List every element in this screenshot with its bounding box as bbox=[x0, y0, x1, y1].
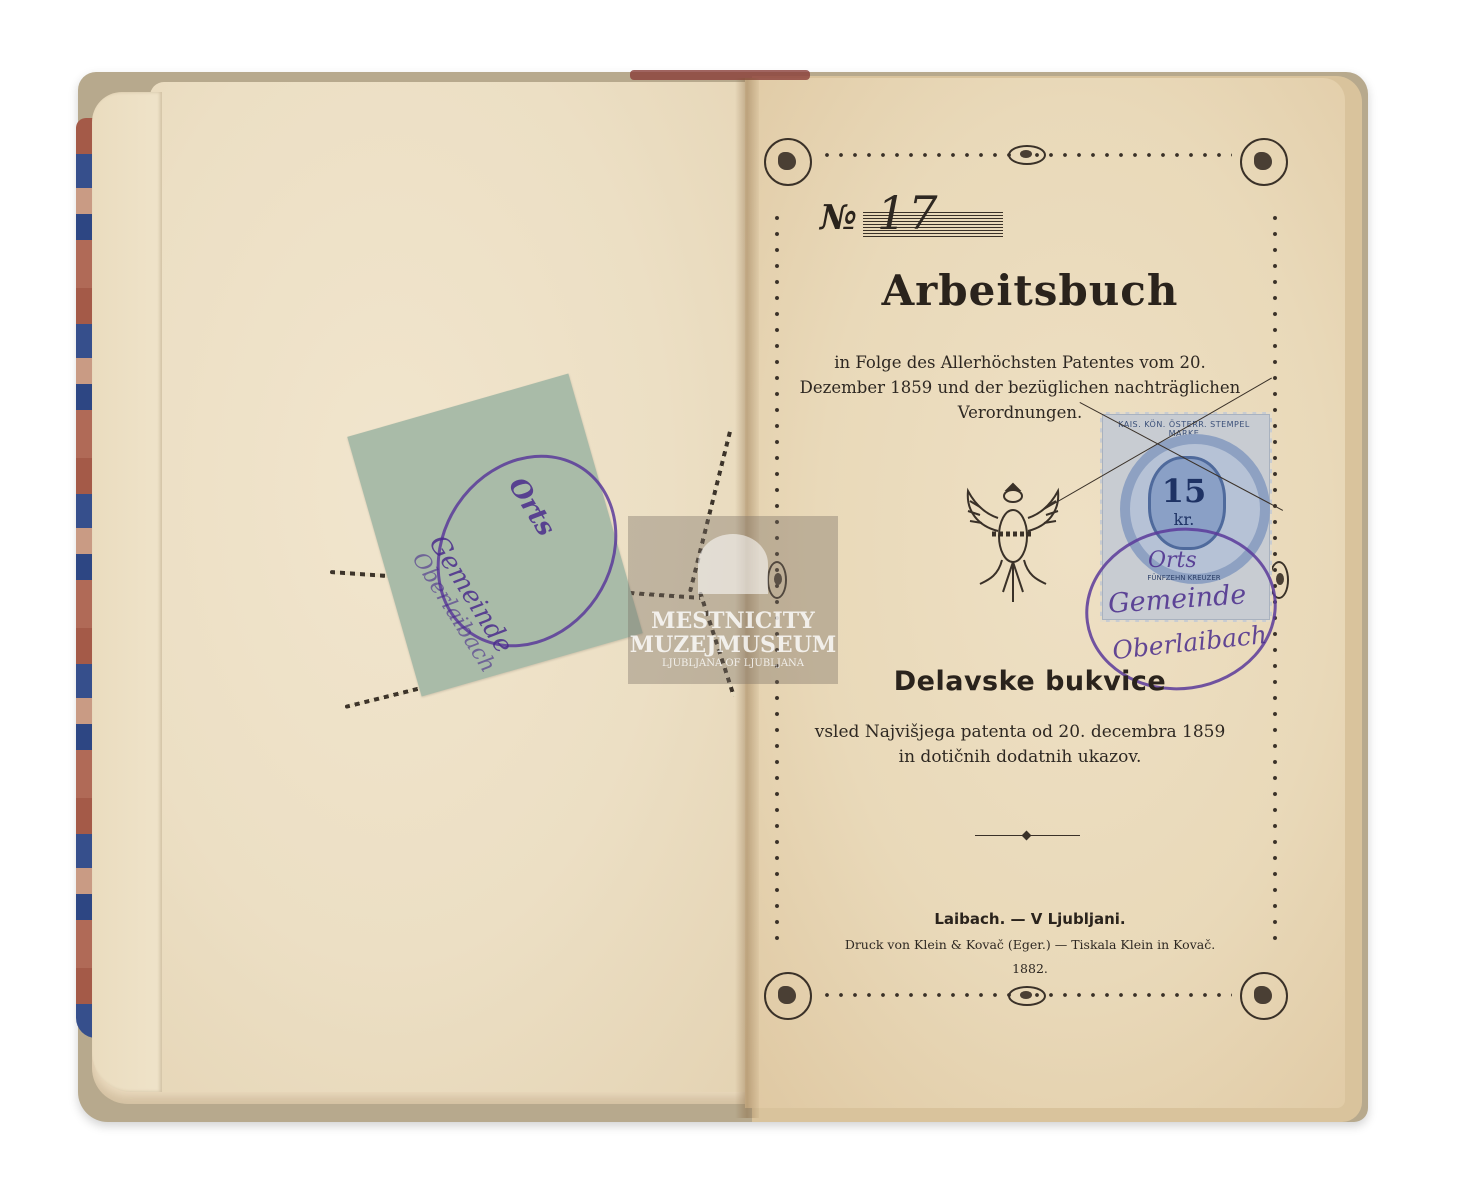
watermark-line1: MESTNICITY bbox=[628, 608, 838, 634]
book-photo: № 17 Arbeitsbuch in Folge des Allerhöchs… bbox=[0, 0, 1467, 1200]
ink-stamp-line1: Orts bbox=[1148, 548, 1197, 573]
corner-ornament-icon bbox=[1240, 972, 1288, 1020]
number-value: 17 bbox=[877, 186, 940, 240]
left-page-fold bbox=[92, 92, 162, 1092]
double-eagle-coat-of-arms-icon bbox=[958, 476, 1068, 616]
corner-ornament-icon bbox=[764, 972, 812, 1020]
corner-ornament-icon bbox=[1240, 138, 1288, 186]
museum-logo-icon bbox=[698, 534, 768, 594]
watermark-line3: LJUBLJANA OF LJUBLJANA bbox=[628, 658, 838, 669]
museum-watermark: MESTNICITY MUZEJMUSEUM LJUBLJANA OF LJUB… bbox=[628, 516, 838, 684]
stamp-unit: kr. bbox=[1102, 510, 1266, 529]
subtitle-slovene: vsled Najvišjega patenta od 20. decembra… bbox=[780, 720, 1260, 770]
booklet-number: № 17 bbox=[820, 198, 1003, 238]
title-slovene: Delavske bukvice bbox=[760, 666, 1300, 697]
watermark-line2: MUZEJMUSEUM bbox=[628, 632, 838, 658]
subtitle-slovene-line2: in dotičnih dodatnih ukazov. bbox=[780, 745, 1260, 770]
title-german: Arbeitsbuch bbox=[760, 266, 1300, 315]
binding-top bbox=[630, 70, 810, 80]
stamp-value: 15 bbox=[1102, 472, 1266, 510]
number-label: № bbox=[820, 198, 857, 238]
mid-ornament-icon bbox=[1008, 145, 1046, 165]
subtitle-slovene-line1: vsled Najvišjega patenta od 20. decembra… bbox=[780, 720, 1260, 745]
place-of-issue: Laibach. — V Ljubljani. bbox=[760, 910, 1300, 928]
section-divider bbox=[975, 835, 1080, 836]
printer-imprint: Druck von Klein & Kovač (Eger.) — Tiskal… bbox=[760, 937, 1300, 952]
corner-ornament-icon bbox=[764, 138, 812, 186]
mid-ornament-icon bbox=[1008, 986, 1046, 1006]
print-year: 1882. bbox=[760, 961, 1300, 976]
number-field: 17 bbox=[863, 212, 1003, 238]
